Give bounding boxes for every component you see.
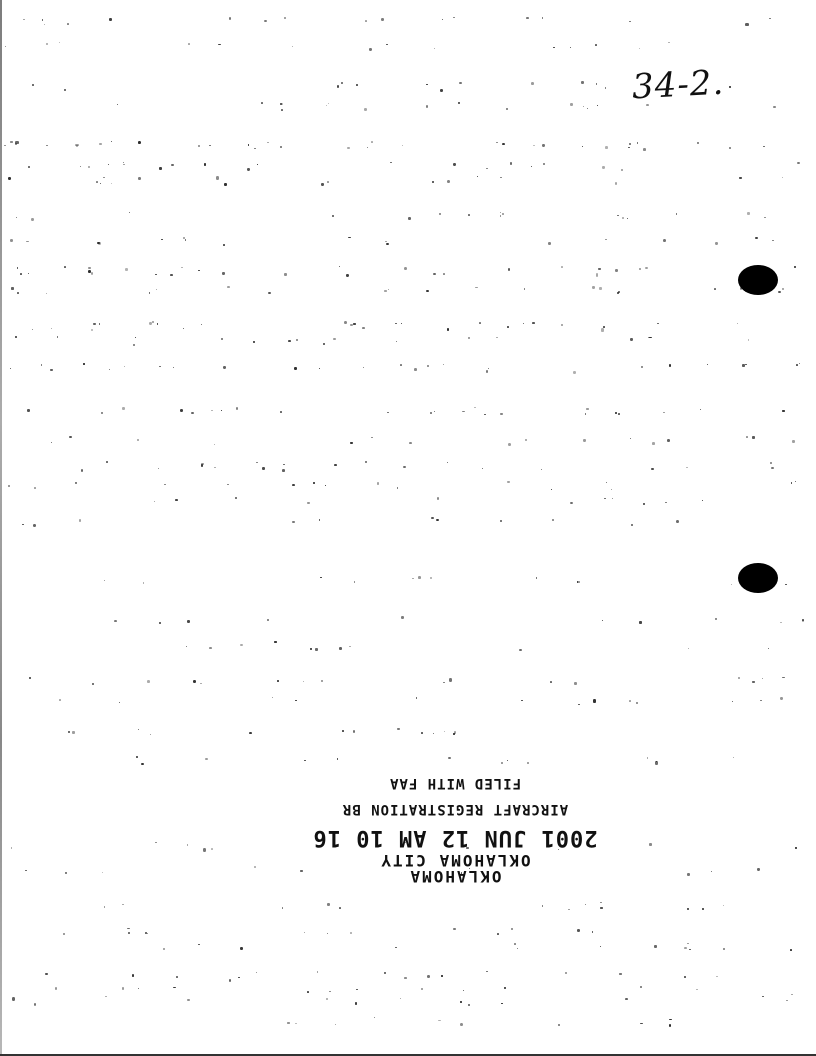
- faded-text-speckles: [0, 0, 816, 1056]
- stamp-line-branch: AIRCRAFT REGISTRATION BR: [290, 802, 620, 816]
- punch-hole: [738, 563, 778, 593]
- scanned-page: 34-2. OKLAHOMA OKLAHOMA CITY 2001 JUN 12…: [0, 0, 816, 1056]
- punch-hole: [738, 265, 778, 295]
- handwritten-note: 34-2.: [631, 63, 725, 108]
- faa-filing-stamp: OKLAHOMA OKLAHOMA CITY 2001 JUN 12 AM 10…: [290, 772, 620, 884]
- stamp-line-city: OKLAHOMA CITY: [290, 852, 620, 868]
- stamp-line-state: OKLAHOMA: [290, 868, 620, 884]
- scan-left-edge: [0, 0, 2, 1056]
- stamp-line-date: 2001 JUN 12 AM 10 16: [290, 826, 620, 848]
- stamp-line-filed: FILED WITH FAA: [290, 776, 620, 790]
